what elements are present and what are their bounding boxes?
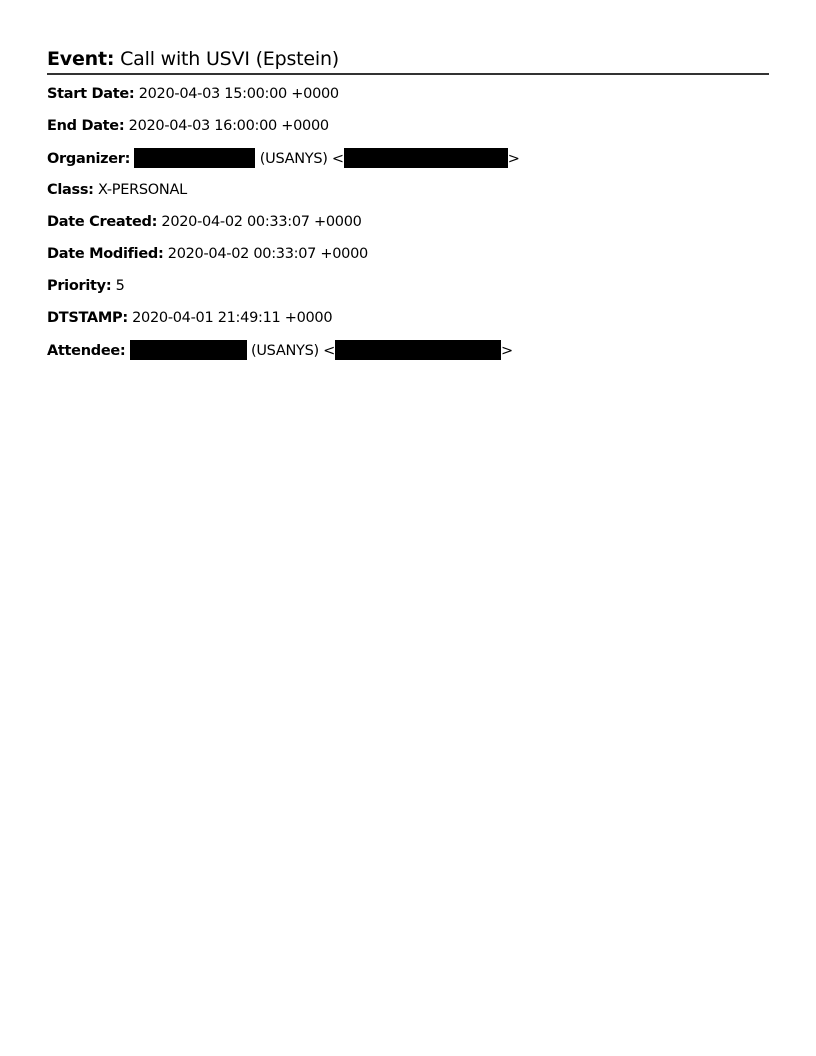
field-date-modified: Date Modified: 2020-04-02 00:33:07 +0000	[47, 244, 769, 276]
field-start-date: Start Date: 2020-04-03 15:00:00 +0000	[47, 84, 769, 116]
start-date-label: Start Date:	[47, 86, 134, 102]
field-priority: Priority: 5	[47, 276, 769, 308]
event-title: Event: Call with USVI (Epstein)	[47, 46, 769, 75]
date-created-label: Date Created:	[47, 214, 157, 230]
priority-label: Priority:	[47, 278, 111, 294]
start-date-value: 2020-04-03 15:00:00 +0000	[139, 86, 339, 102]
organizer-close: >	[508, 151, 520, 167]
field-end-date: End Date: 2020-04-03 16:00:00 +0000	[47, 116, 769, 148]
attendee-name-redaction	[130, 340, 247, 360]
field-attendee: Attendee: (USANYS) <>	[47, 340, 769, 372]
field-dtstamp: DTSTAMP: 2020-04-01 21:49:11 +0000	[47, 308, 769, 340]
attendee-org: (USANYS) <	[251, 343, 335, 359]
class-value: X-PERSONAL	[98, 182, 187, 198]
date-modified-label: Date Modified:	[47, 246, 163, 262]
attendee-close: >	[501, 343, 513, 359]
dtstamp-value: 2020-04-01 21:49:11 +0000	[132, 310, 332, 326]
field-organizer: Organizer: (USANYS) <>	[47, 148, 769, 180]
field-class: Class: X-PERSONAL	[47, 180, 769, 212]
end-date-label: End Date:	[47, 118, 124, 134]
attendee-label: Attendee:	[47, 343, 125, 359]
dtstamp-label: DTSTAMP:	[47, 310, 128, 326]
organizer-email-redaction	[344, 148, 508, 168]
organizer-label: Organizer:	[47, 151, 130, 167]
end-date-value: 2020-04-03 16:00:00 +0000	[129, 118, 329, 134]
date-modified-value: 2020-04-02 00:33:07 +0000	[168, 246, 368, 262]
organizer-name-redaction	[134, 148, 255, 168]
date-created-value: 2020-04-02 00:33:07 +0000	[161, 214, 361, 230]
event-title-value: Call with USVI (Epstein)	[120, 48, 339, 70]
field-date-created: Date Created: 2020-04-02 00:33:07 +0000	[47, 212, 769, 244]
class-label: Class:	[47, 182, 94, 198]
organizer-org: (USANYS) <	[260, 151, 344, 167]
event-document: Event: Call with USVI (Epstein) Start Da…	[47, 46, 769, 372]
event-label: Event:	[47, 48, 114, 70]
attendee-email-redaction	[335, 340, 501, 360]
priority-value: 5	[116, 278, 125, 294]
